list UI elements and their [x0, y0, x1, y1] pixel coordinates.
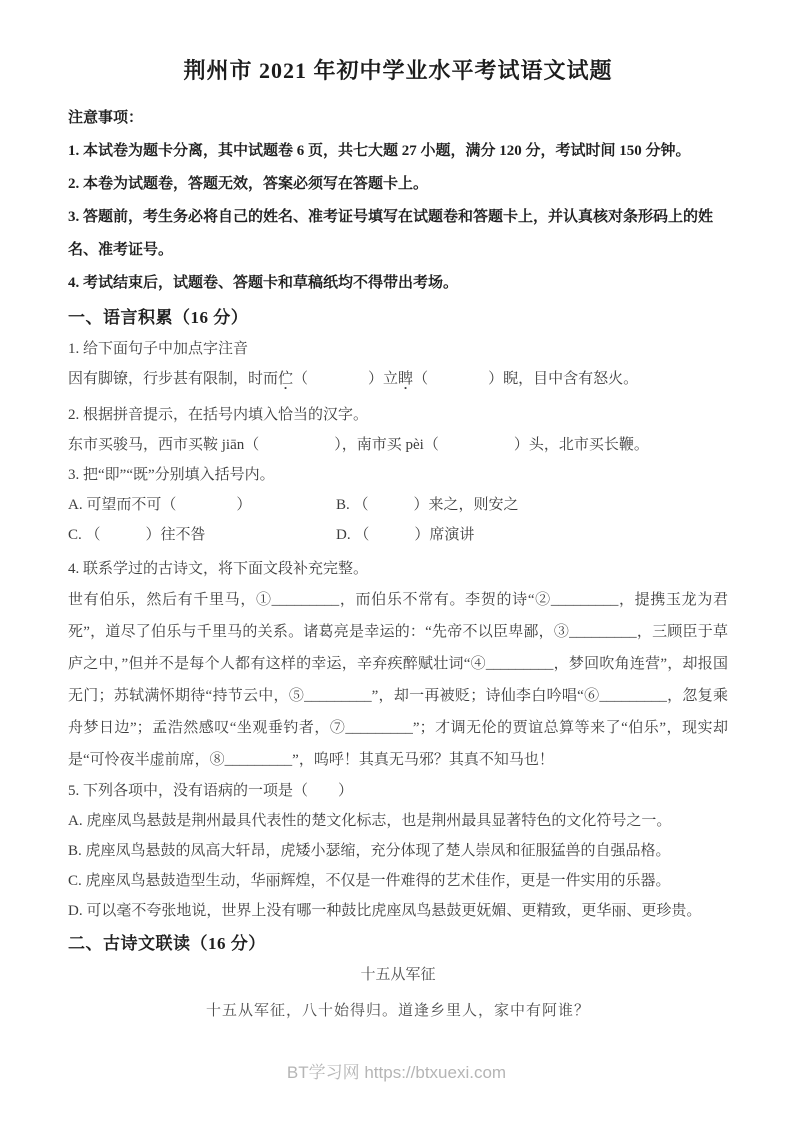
- question-1-dotted-char-zhu: 伫: [278, 364, 293, 394]
- question-2-sentence: 东市买骏马，西市买鞍 jiān（ ），南市买 pèi（ ）头，北市买长鞭。: [68, 430, 728, 460]
- question-5-option-d: D. 可以毫不夸张地说，世界上没有哪一种鼓比虎座凤鸟悬鼓更妩媚、更精致，更华丽、…: [68, 896, 728, 926]
- question-3-option-b: B. （ ）来之，则安之: [336, 490, 728, 520]
- poem-line-1: 十五从军征，八十始得归。道逢乡里人，家中有阿谁？: [68, 996, 728, 1026]
- question-5-stem: 5. 下列各项中，没有语病的一项是（ ）: [68, 776, 728, 806]
- question-1-stem: 1. 给下面句子中加点字注音: [68, 334, 728, 364]
- notice-item-2: 2. 本卷为试题卷，答题无效，答案必须写在答题卡上。: [68, 168, 728, 201]
- question-3-option-c: C. （ ）往不咎: [68, 520, 296, 550]
- question-4-stem: 4. 联系学过的古诗文，将下面文段补充完整。: [68, 554, 728, 584]
- notice-item-4: 4. 考试结束后，试题卷、答题卡和草稿纸均不得带出考场。: [68, 267, 728, 300]
- section-one-heading: 一、语言积累（16 分）: [68, 302, 728, 334]
- question-5-option-c: C. 虎座凤鸟悬鼓造型生动，华丽辉煌，不仅是一件难得的艺术佳作，更是一件实用的乐…: [68, 866, 728, 896]
- question-1-dotted-char-pi: 睥: [398, 364, 413, 394]
- question-5-option-b: B. 虎座凤鸟悬鼓的凤高大轩昂，虎矮小瑟缩，充分体现了楚人崇凤和征服猛兽的自强品…: [68, 836, 728, 866]
- poem-title: 十五从军征: [68, 960, 728, 990]
- question-5-option-a: A. 虎座凤鸟悬鼓是荆州最具代表性的楚文化标志，也是荆州最具显著特色的文化符号之…: [68, 806, 728, 836]
- watermark-site-link: BT学习网 https://btxuexi.com: [0, 1058, 793, 1083]
- page-content: 荆州市 2021 年初中学业水平考试语文试题 注意事项： 1. 本试卷为题卡分离…: [0, 0, 793, 1026]
- exam-paper-page: 荆州市 2021 年初中学业水平考试语文试题 注意事项： 1. 本试卷为题卡分离…: [0, 0, 793, 1122]
- question-1-blank-1: （ ）立: [293, 371, 398, 387]
- notice-item-1: 1. 本试卷为题卡分离，其中试题卷 6 页，共七大题 27 小题，满分 120 …: [68, 135, 728, 168]
- question-4-passage: 世有伯乐，然后有千里马，①_________，而伯乐不常有。李贺的诗“②____…: [68, 584, 728, 776]
- question-2-stem: 2. 根据拼音提示，在括号内填入恰当的汉字。: [68, 400, 728, 430]
- question-3-option-d: D. （ ）席演讲: [336, 520, 728, 550]
- section-two-heading: 二、古诗文联读（16 分）: [68, 928, 728, 960]
- question-1-blank-2: （ ）睨，目中含有怒火。: [413, 371, 638, 387]
- notice-item-3: 3. 答题前，考生务必将自己的姓名、准考证号填写在试题卷和答题卡上，并认真核对条…: [68, 201, 728, 267]
- exam-title: 荆州市 2021 年初中学业水平考试语文试题: [68, 54, 728, 88]
- question-3-stem: 3. 把“即”“既”分别填入括号内。: [68, 460, 728, 490]
- question-1-text-pre: 因有脚镣，行步甚有限制，时而: [68, 371, 278, 387]
- question-1-sentence: 因有脚镣，行步甚有限制，时而伫（ ）立睥（ ）睨，目中含有怒火。: [68, 364, 728, 394]
- notice-heading: 注意事项：: [68, 102, 728, 135]
- question-3-options: A. 可望而不可（ ） B. （ ）来之，则安之 C. （ ）往不咎 D. （ …: [68, 490, 728, 550]
- question-3-option-a: A. 可望而不可（ ）: [68, 490, 296, 520]
